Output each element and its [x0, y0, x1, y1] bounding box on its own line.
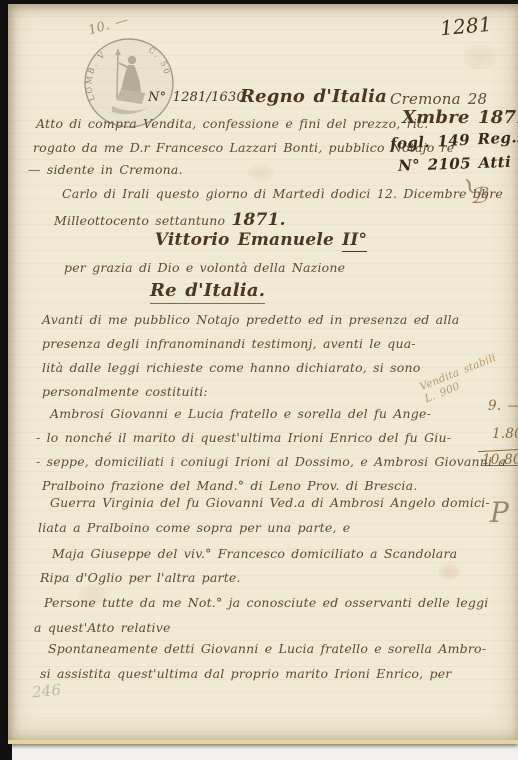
- residence-line: — sidente in Cremona.: [28, 162, 183, 177]
- body-line: personalmente costituiti:: [42, 380, 459, 404]
- date-line: Carlo di Irali questo giorno di Martedì …: [62, 186, 503, 201]
- body-line: Avanti di me pubblico Notajo predetto ed…: [42, 308, 459, 332]
- body-line: - lo nonché il marito di quest'ultima Ir…: [36, 426, 506, 450]
- body-line: si assistita quest'ultima dal proprio ma…: [40, 661, 486, 686]
- protocol-number: N° 1281/1630: [148, 90, 245, 105]
- foxing-spot: [248, 164, 274, 182]
- page-number: 1281: [439, 12, 493, 40]
- body-line: Ambrosi Giovanni e Lucia fratello e sore…: [36, 402, 506, 426]
- body-line: liata a Pralboino come sopra per una par…: [38, 515, 490, 540]
- body-line: Guerra Virginia del fu Giovanni Ved.a di…: [38, 490, 490, 515]
- deed-title-line: Atto di compra Vendita, confessione e fi…: [36, 116, 428, 131]
- scanned-document: 1281 10. — LOMB. VEN. C. 50: [0, 0, 518, 760]
- body-line: Persone tutte da me Not.° ja conosciute …: [34, 590, 489, 615]
- king-numeral: II°: [342, 230, 367, 252]
- king-title: Re d'Italia.: [150, 280, 265, 301]
- year-line: Milleottocento settantuno 1871.: [54, 210, 286, 230]
- foxing-spot: [463, 44, 497, 70]
- body-paragraph-1: Avanti di me pubblico Notajo predetto ed…: [42, 308, 459, 404]
- year-words: Milleottocento settantuno: [54, 213, 225, 228]
- grace-line: per grazia di Dio e volontà della Nazion…: [64, 260, 345, 275]
- pencil-price-note: 10. —: [87, 13, 130, 39]
- realm-title: Regno d'Italia: [240, 86, 387, 107]
- body-line: - seppe, domiciliati i coniugi Irioni al…: [36, 450, 506, 474]
- king-name: Vittorio Emanuele: [155, 230, 334, 250]
- archive-number: 246: [31, 681, 62, 702]
- body-paragraph-4: Maja Giuseppe del viv.° Francesco domici…: [40, 542, 457, 590]
- year-numeral: 1871.: [231, 210, 285, 230]
- king-line: Vittorio Emanuele II°: [136, 230, 386, 250]
- body-line: Maja Giuseppe del viv.° Francesco domici…: [40, 542, 457, 566]
- body-paragraph-2: Ambrosi Giovanni e Lucia fratello e sore…: [36, 402, 506, 498]
- body-paragraph-6: Spontaneamente detti Giovanni e Lucia fr…: [40, 636, 486, 686]
- body-line: presenza degli infranominandi testimonj,…: [42, 332, 459, 356]
- body-line: Spontaneamente detti Giovanni e Lucia fr…: [40, 636, 486, 661]
- body-paragraph-3: Guerra Virginia del fu Giovanni Ved.a di…: [38, 490, 490, 540]
- body-line: lità dalle leggi richieste come hanno di…: [42, 356, 459, 380]
- body-line: Ripa d'Oglio per l'altra parte.: [40, 566, 457, 590]
- date-paraph: ℬ: [470, 184, 488, 209]
- place-date: Cremona 28: [390, 90, 487, 108]
- margin-paraph: P: [490, 496, 509, 529]
- deed-month-year: Xmbre 1871.: [402, 107, 518, 128]
- document-page: 1281 10. — LOMB. VEN. C. 50: [8, 4, 518, 744]
- body-paragraph-5: Persone tutte da me Not.° ja conosciute …: [34, 590, 489, 640]
